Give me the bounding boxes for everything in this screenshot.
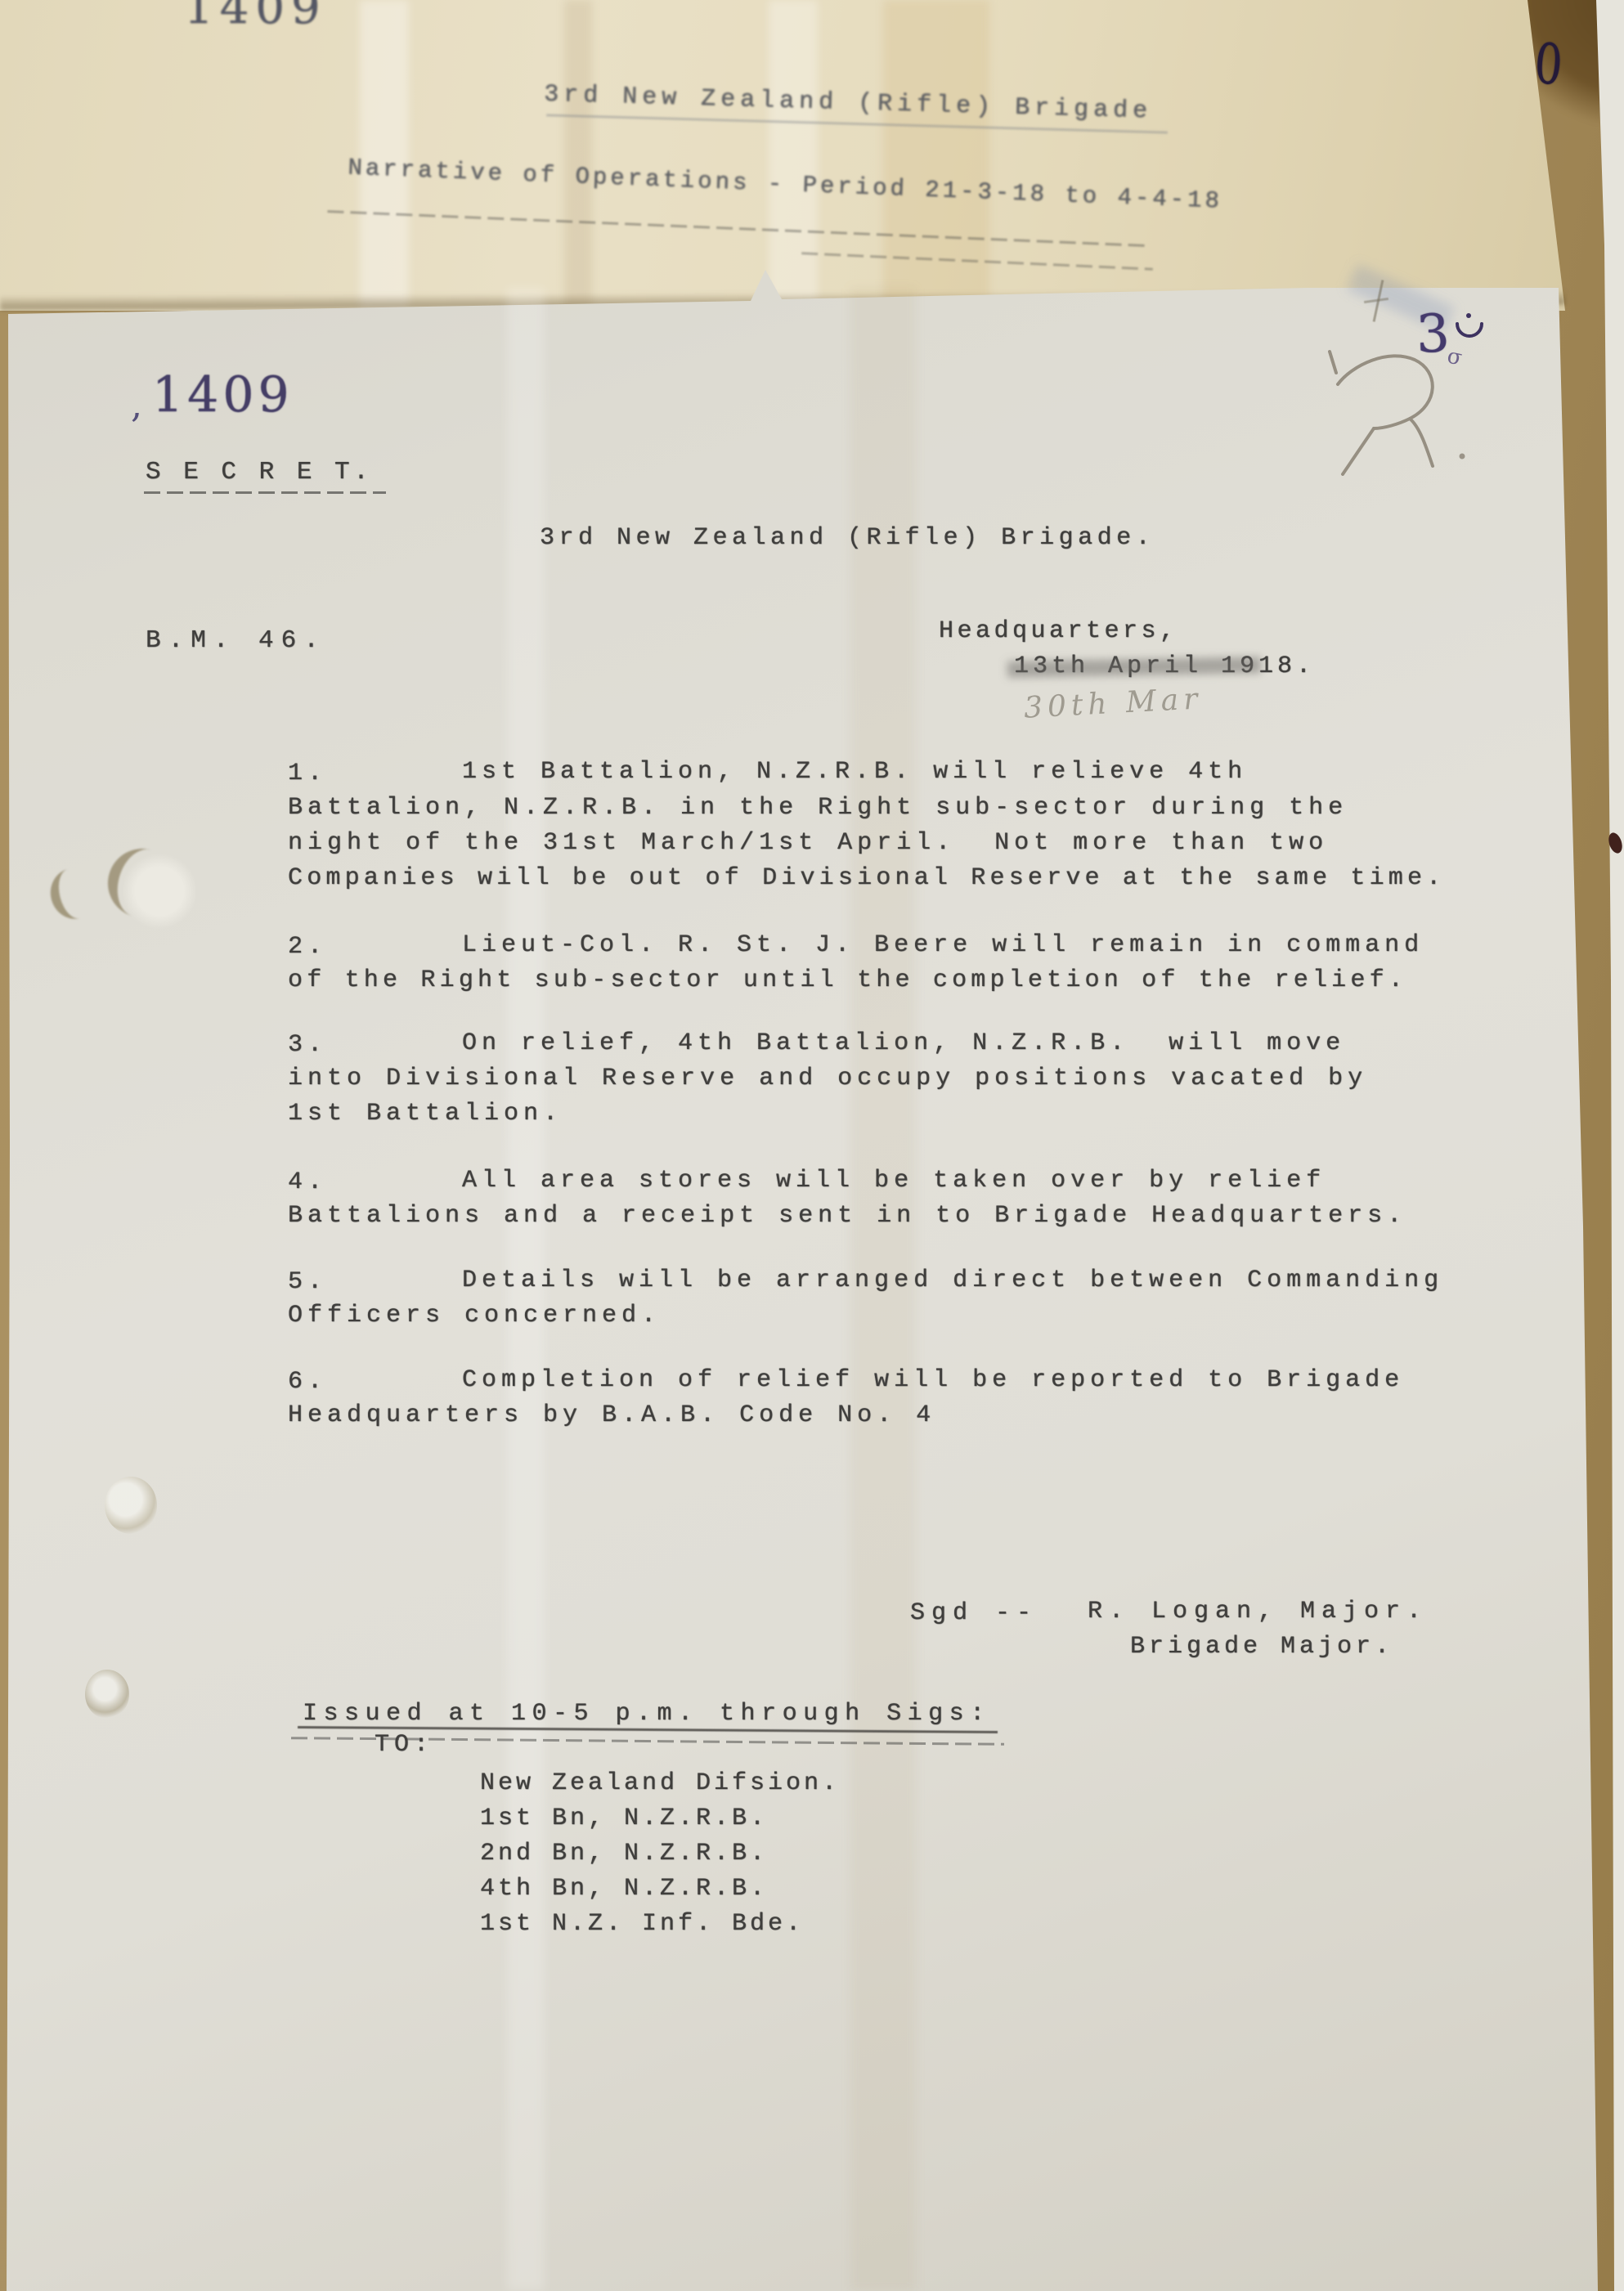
para-line: into Divisional Reserve and occupy posit… [288,1064,1367,1093]
distribution-item: 2nd Bn, N.Z.R.B. [480,1839,768,1868]
distribution-item: 4th Bn, N.Z.R.B. [480,1874,768,1903]
distribution-item: 1st Bn, N.Z.R.B. [480,1804,768,1833]
signature-role: Brigade Major. [1130,1632,1393,1661]
punch-hole-mark [85,1670,129,1719]
para-number: 1. [288,759,327,788]
breve-ink-mark [1454,312,1487,342]
para-line: All area stores will be taken over by re… [462,1166,1326,1195]
distribution-item: New Zealand Difsion. [480,1769,840,1798]
para-line: Headquarters by B.A.B. Code No. 4 [288,1401,935,1430]
para-line: Lieut-Col. R. St. J. Beere will remain i… [462,930,1424,960]
faint-stamp-number: 1409 [184,0,327,23]
document-photo: 1409 3rd New Zealand (Rifle) Brigade Nar… [0,0,1624,2291]
para-line: Battalions and a receipt sent in to Brig… [288,1201,1406,1231]
para-line: 1st Battalion, N.Z.R.B. will relieve 4th [462,757,1247,787]
file-number-stamp: 1409 [152,366,294,424]
para-line: Details will be arranged direct between … [462,1266,1443,1295]
issue-note: Issued at 10-5 p.m. through Sigs: [303,1699,991,1728]
para-number: 6. [288,1367,327,1397]
para-line: Officers concerned. [288,1301,661,1330]
para-line: On relief, 4th Battalion, N.Z.R.B. will … [462,1029,1345,1058]
paper-crease [564,0,592,311]
classification-label: S E C R E T. [146,458,372,487]
para-line: night of the 31st March/1st April. Not m… [288,828,1328,858]
para-line: 1st Battalion. [288,1099,563,1128]
document-title: 3rd New Zealand (Rifle) Brigade. [540,523,1155,553]
paper-crease [769,0,818,311]
to-label: TO: [375,1730,433,1760]
para-number: 4. [288,1168,327,1197]
para-number: 3. [288,1030,327,1060]
para-number: 5. [288,1267,327,1297]
paper-crease [883,0,989,311]
reference-number: B.M. 46. [146,626,326,656]
distribution-item: 1st N.Z. Inf. Bde. [480,1909,804,1939]
para-line: Completion of relief will be reported to… [462,1365,1404,1395]
punch-hole-mark [105,1477,157,1534]
classification-underline [144,491,386,494]
pencil-r-mark [1325,342,1480,485]
para-number: 2. [288,932,327,962]
signed-prefix: Sgd -- [910,1598,1038,1628]
corner-zero-mark: 0 [1532,31,1565,99]
comma-mark: , [131,384,142,426]
para-line: Battalion, N.Z.R.B. in the Right sub-sec… [288,793,1348,823]
para-line: of the Right sub-sector until the comple… [288,966,1407,995]
headquarters-line: Headquarters, [939,616,1178,646]
signature-name: R. Logan, Major. [1088,1597,1428,1626]
para-line: Companies will be out of Divisional Rese… [288,863,1445,893]
